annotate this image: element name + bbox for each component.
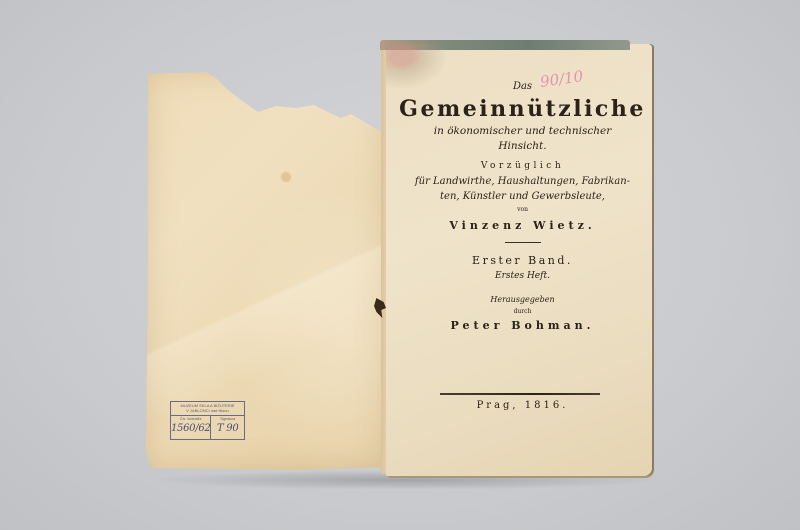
title-editor: Peter Bohman. bbox=[395, 317, 650, 335]
stamp-institution: MUZEUM SKLA A BIŽUTERIE V JABLONCI nad N… bbox=[171, 402, 244, 416]
title-durch: durch bbox=[395, 307, 650, 317]
title-vorzueglich: Vorzüglich bbox=[395, 158, 650, 174]
title-audience-1: für Landwirthe, Haushaltungen, Fabrikan- bbox=[395, 174, 650, 189]
title-subtitle-2: Hinsicht. bbox=[395, 139, 650, 154]
imprint: Prag, 1816. bbox=[395, 400, 650, 411]
museum-stamp: MUZEUM SKLA A BIŽUTERIE V JABLONCI nad N… bbox=[170, 401, 245, 440]
title-author: Vinzenz Wietz. bbox=[395, 216, 650, 236]
stamp-signature-cell: Signatura T 90 bbox=[211, 416, 244, 440]
short-rule bbox=[505, 242, 541, 243]
title-subtitle-1: in ökonomischer und technischer bbox=[395, 124, 650, 139]
title-editor-prefix: Herausgegeben bbox=[395, 293, 650, 307]
title-block: Das Gemeinnützliche in ökonomischer und … bbox=[395, 80, 650, 335]
title-audience-2: ten, Künstler und Gewerbsleute, bbox=[395, 189, 650, 204]
title-main: Gemeinnützliche bbox=[395, 94, 650, 124]
stamp-inventory-cell: Čís. inventáře 1560/62 bbox=[171, 416, 211, 440]
stamp-line-2: V JABLONCI nad Nisou bbox=[171, 408, 244, 413]
title-volume: Erster Band. bbox=[395, 253, 650, 269]
title-von: von bbox=[395, 204, 650, 216]
title-issue: Erstes Heft. bbox=[395, 269, 650, 283]
stamp-signature-value: T 90 bbox=[211, 422, 244, 436]
stamp-inventory-number: 1560/62 bbox=[171, 422, 210, 436]
title-article: Das bbox=[395, 80, 650, 94]
imprint-rule bbox=[440, 393, 600, 395]
photo-scene: MUZEUM SKLA A BIŽUTERIE V JABLONCI nad N… bbox=[0, 0, 800, 530]
